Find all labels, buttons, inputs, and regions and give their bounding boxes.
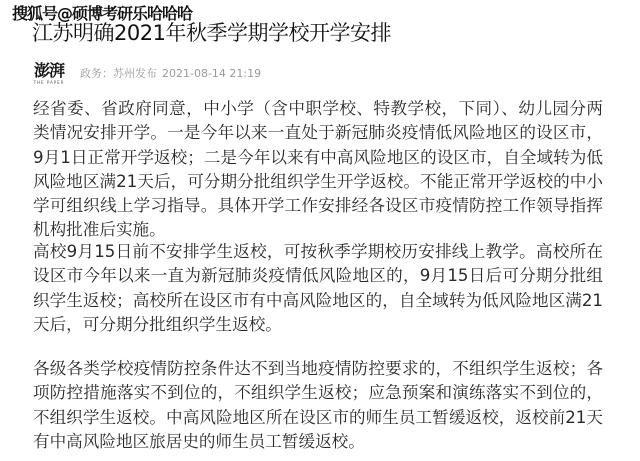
- article-meta: 澎湃 THE PAPER 政务：苏州发布2021-08-14 21:19: [30, 58, 266, 88]
- source-logo-text: 澎湃: [34, 62, 64, 80]
- meta-channel: 政务：: [80, 67, 113, 80]
- meta-publisher[interactable]: 苏州发布: [113, 67, 157, 80]
- watermark: 搜狐号@硕博考研乐哈哈哈: [12, 1, 192, 24]
- source-logo-subtext: THE PAPER: [34, 80, 65, 85]
- meta-text: 政务：苏州发布2021-08-14 21:19: [80, 65, 266, 81]
- article-paragraph-1: 经省委、省政府同意，中小学（含中职学校、特教学校，下同）、幼儿园分两类情况安排开…: [33, 97, 603, 243]
- article-paragraph-3: 各级各类学校疫情防控条件达不到当地疫情防控要求的，不组织学生返校；各项防控措施落…: [33, 357, 603, 454]
- paragraph-text: 各级各类学校疫情防控条件达不到当地疫情防控要求的，不组织学生返校；各项防控措施落…: [33, 357, 603, 454]
- paragraph-text: 高校9月15日前不安排学生返校，可按秋季学期校历安排线上教学。高校所在设区市今年…: [33, 240, 603, 337]
- source-logo[interactable]: 澎湃 THE PAPER: [30, 60, 68, 86]
- article-paragraph-2: 高校9月15日前不安排学生返校，可按秋季学期校历安排线上教学。高校所在设区市今年…: [33, 240, 603, 337]
- meta-datetime: 2021-08-14 21:19: [162, 67, 261, 80]
- paragraph-text: 经省委、省政府同意，中小学（含中职学校、特教学校，下同）、幼儿园分两类情况安排开…: [33, 97, 603, 243]
